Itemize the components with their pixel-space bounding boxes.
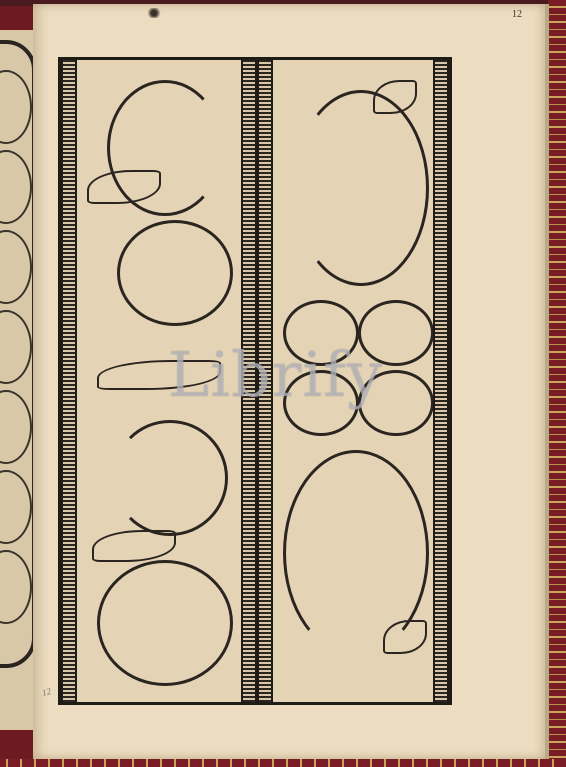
acanthus-leaf xyxy=(92,530,176,562)
scroll-motif xyxy=(97,560,233,686)
flower-rosette xyxy=(373,80,417,114)
hatched-border-right xyxy=(433,60,449,702)
facing-page xyxy=(0,30,37,730)
printer-mark-icon xyxy=(146,8,162,18)
scroll-motif xyxy=(112,420,228,536)
page-edge xyxy=(545,4,549,759)
folio-number: 12 xyxy=(512,9,522,20)
binding-bottom xyxy=(0,759,566,767)
flower-rosette xyxy=(383,620,427,654)
scroll-motif xyxy=(293,90,429,286)
hatched-border-left xyxy=(61,60,77,702)
scroll-motif xyxy=(117,220,233,326)
gilt-binding-edge xyxy=(548,0,566,767)
watermark: Librify xyxy=(168,338,383,411)
